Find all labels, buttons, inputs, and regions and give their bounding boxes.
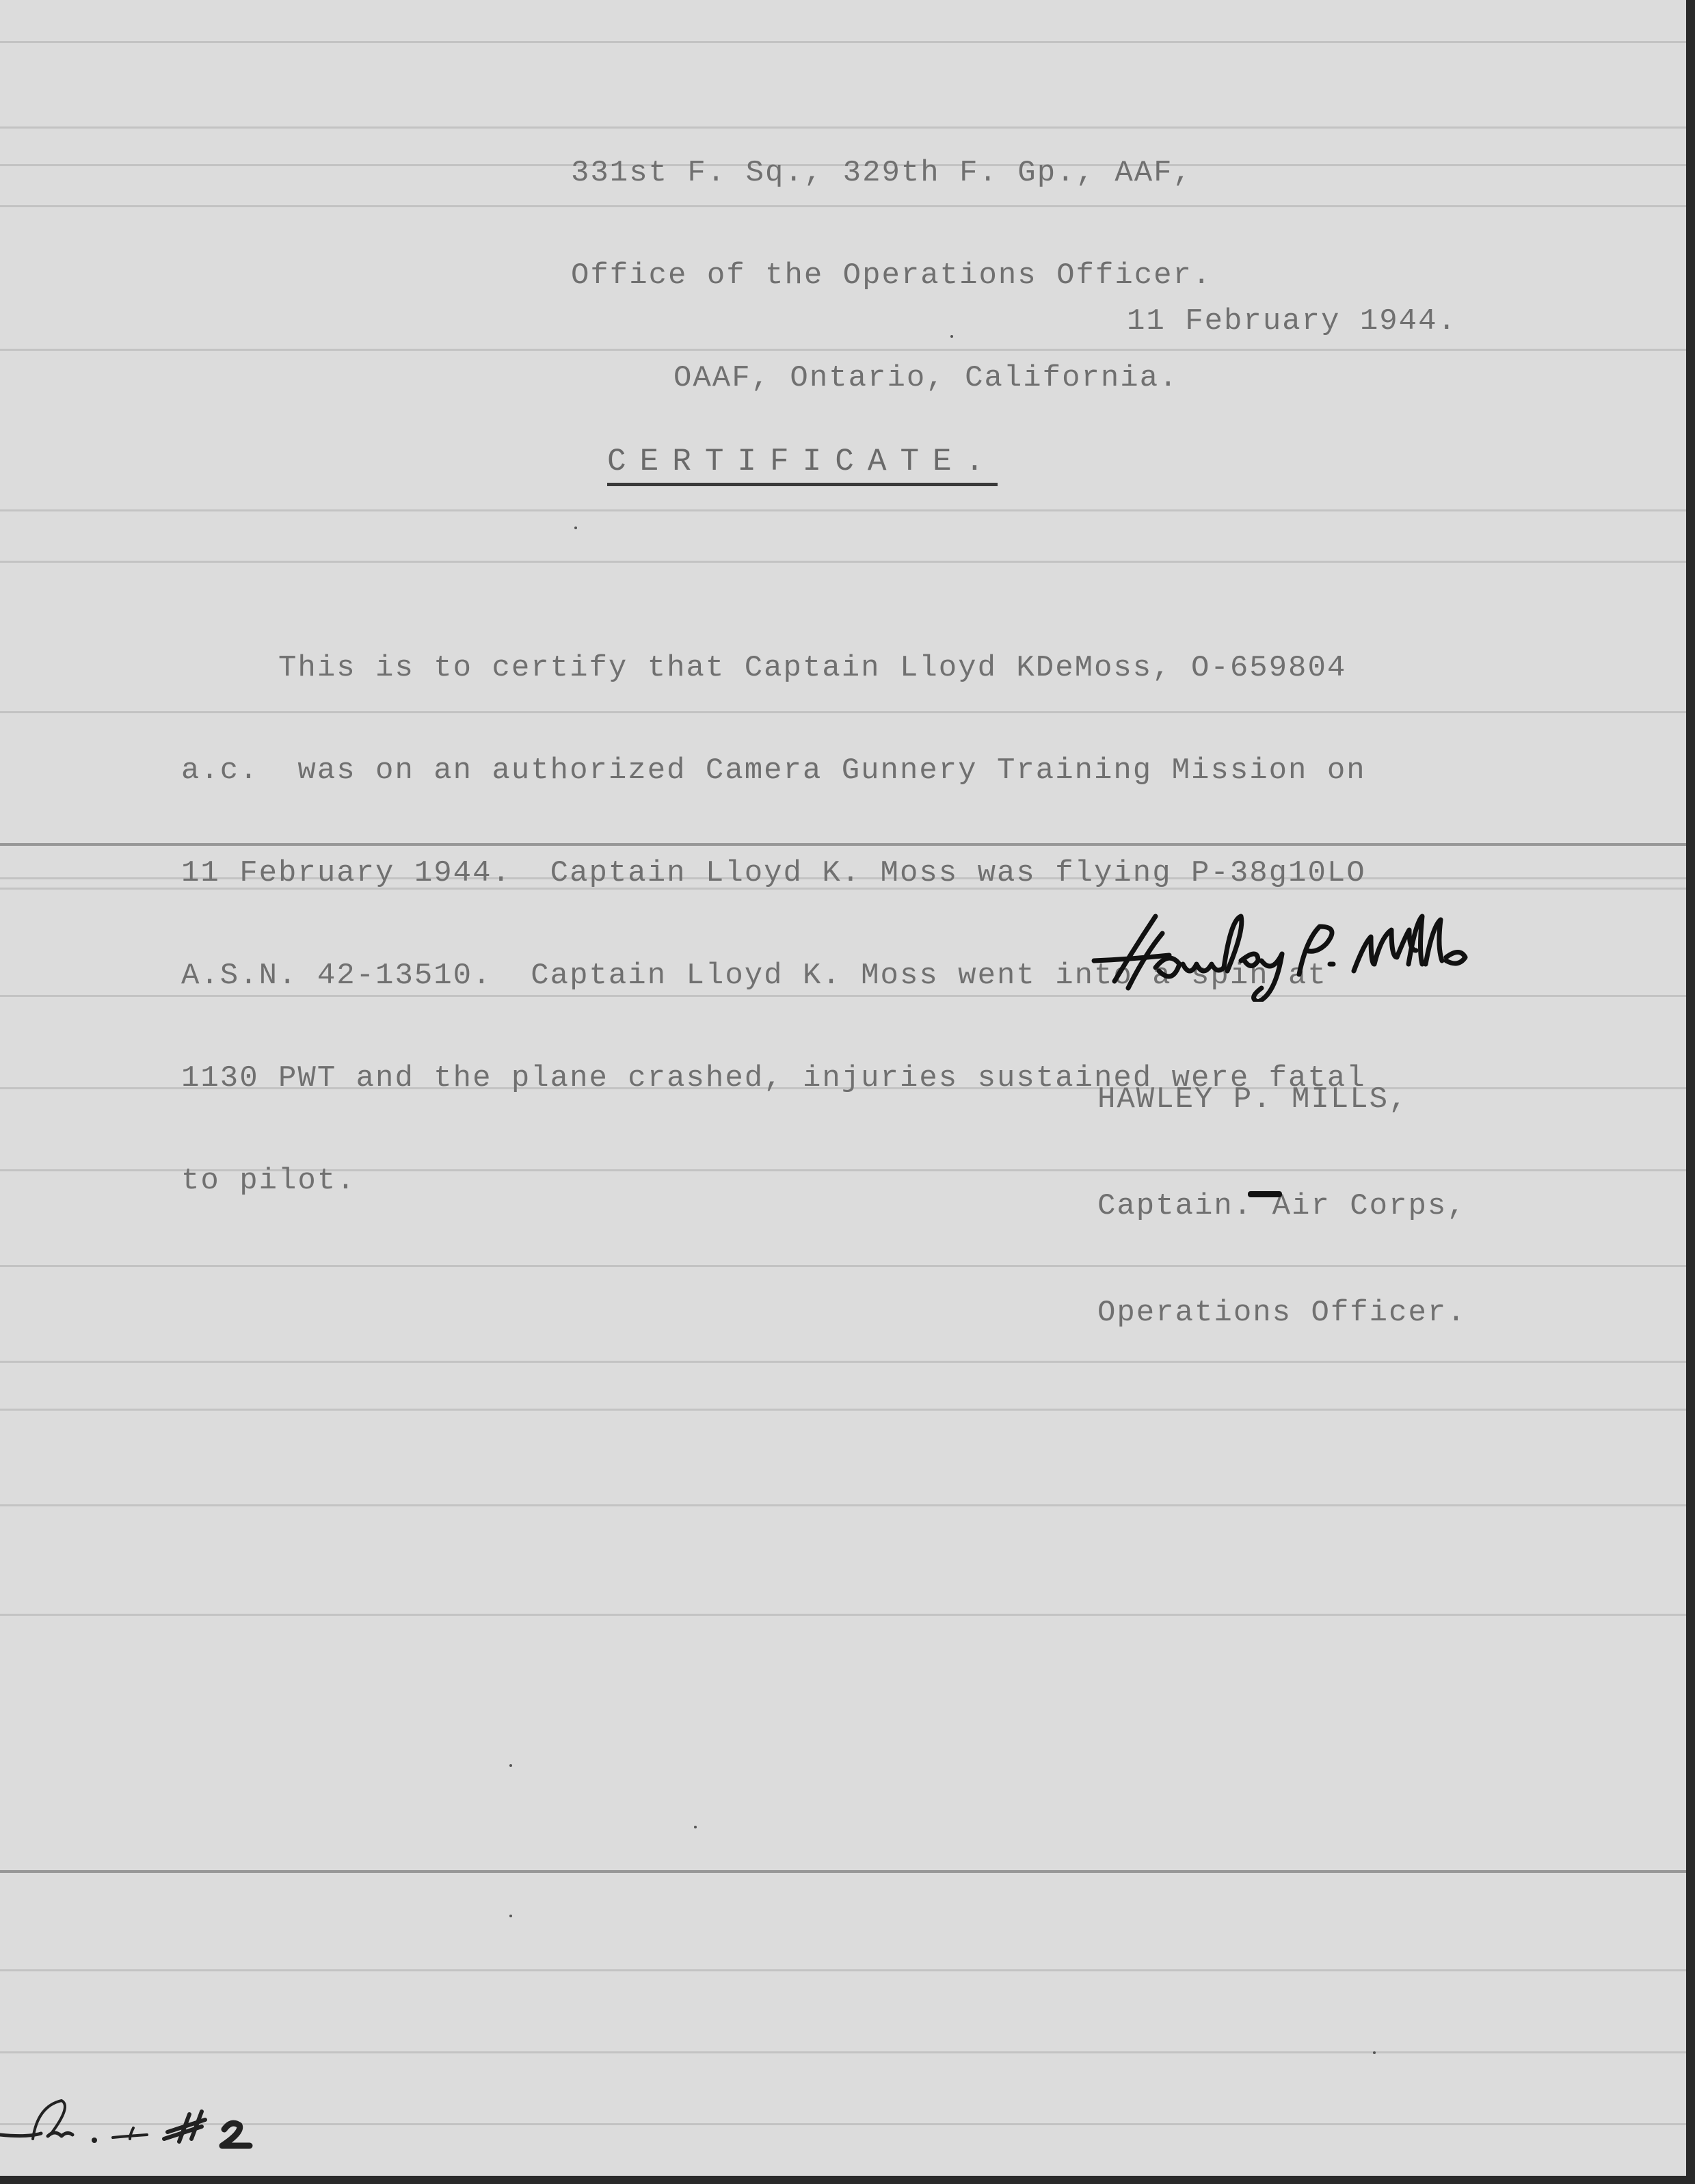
letterhead-location: OAAF, Ontario, California. [571, 361, 1212, 395]
body-line: This is to certify that Captain Lloyd KD… [181, 651, 1366, 685]
paper-rule [0, 561, 1686, 563]
document-title: CERTIFICATE. [607, 444, 998, 486]
paper-rule [0, 509, 1686, 511]
paper-rule [0, 1969, 1686, 1971]
handwritten-enclosure-note: Incl #2 [0, 2092, 260, 2174]
body-line: a.c. was on an authorized Camera Gunnery… [181, 754, 1366, 788]
paper-rule [0, 1870, 1686, 1873]
scan-speck [509, 1915, 512, 1917]
scan-speck [950, 335, 953, 338]
paper-rule [0, 1614, 1686, 1616]
scan-speck [694, 1826, 697, 1828]
document-date: 11 February 1944. [1127, 304, 1457, 338]
ink-dash-mark [1248, 1191, 1282, 1197]
scan-speck [574, 527, 577, 529]
scan-speck [1373, 2051, 1376, 2054]
scan-speck [509, 1764, 512, 1767]
paper-rule [0, 1409, 1686, 1411]
letterhead: 331st F. Sq., 329th F. Gp., AAF, Office … [571, 88, 1212, 464]
signer-title: Operations Officer. [1097, 1295, 1467, 1331]
letterhead-office: Office of the Operations Officer. [571, 258, 1212, 293]
handwritten-signature: Hawley P. Mills [1087, 906, 1511, 1002]
paper-rule [0, 41, 1686, 43]
signer-name: HAWLEY P. MILLS, [1097, 1082, 1467, 1117]
letterhead-unit: 331st F. Sq., 329th F. Gp., AAF, [571, 156, 1212, 190]
paper-rule [0, 1504, 1686, 1506]
paper-rule [0, 2051, 1686, 2053]
document-page: 331st F. Sq., 329th F. Gp., AAF, Office … [0, 0, 1686, 2176]
body-line: 11 February 1944. Captain Lloyd K. Moss … [181, 856, 1366, 890]
signature-block: HAWLEY P. MILLS, Captain. Air Corps, Ope… [1097, 1011, 1467, 1402]
